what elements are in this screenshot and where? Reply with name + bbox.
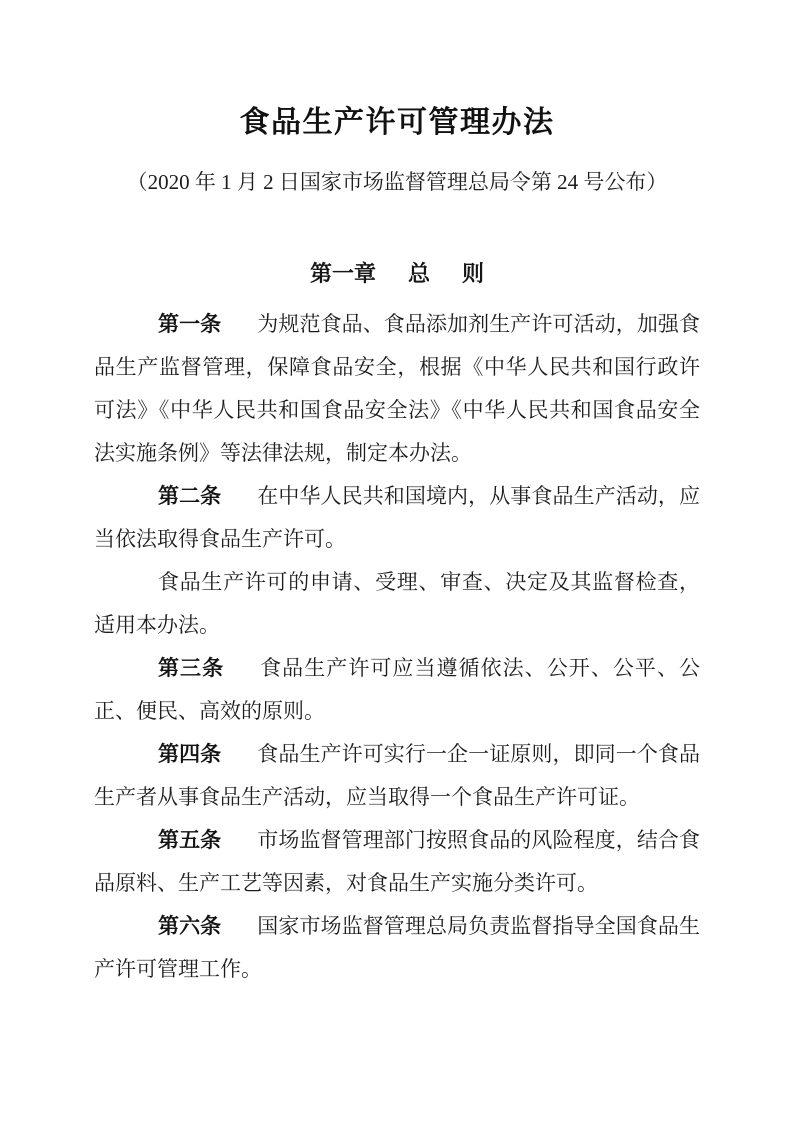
article-paragraph: 第二条在中华人民共和国境内，从事食品生产活动，应当依法取得食品生产许可。 xyxy=(94,475,700,561)
article-paragraph: 食品生产许可的申请、受理、审查、决定及其监督检查，适用本办法。 xyxy=(94,561,700,647)
article-paragraph: 第四条食品生产许可实行一企一证原则，即同一个食品生产者从事食品生产活动，应当取得… xyxy=(94,733,700,819)
document-subtitle: （2020 年 1 月 2 日国家市场监督管理总局令第 24 号公布） xyxy=(94,169,700,195)
article-number: 第五条 xyxy=(158,829,221,852)
article-paragraph: 第五条市场监督管理部门按照食品的风险程度，结合食品原料、生产工艺等因素，对食品生… xyxy=(94,819,700,905)
article-number: 第六条 xyxy=(158,915,221,938)
article-paragraph: 第一条为规范食品、食品添加剂生产许可活动，加强食品生产监督管理，保障食品安全，根… xyxy=(94,303,700,475)
document-page: 食品生产许可管理办法 （2020 年 1 月 2 日国家市场监督管理总局令第 2… xyxy=(0,0,793,1122)
document-title: 食品生产许可管理办法 xyxy=(94,108,700,138)
chapter-title-char-2: 则 xyxy=(462,262,484,286)
document-body: 第一条为规范食品、食品添加剂生产许可活动，加强食品生产监督管理，保障食品安全，根… xyxy=(94,303,700,991)
article-number: 第二条 xyxy=(158,485,221,508)
article-paragraph: 第三条食品生产许可应当遵循依法、公开、公平、公正、便民、高效的原则。 xyxy=(94,647,700,733)
article-paragraph: 第六条国家市场监督管理总局负责监督指导全国食品生产许可管理工作。 xyxy=(94,905,700,991)
article-number: 第四条 xyxy=(158,743,221,766)
article-text: 食品生产许可的申请、受理、审查、决定及其监督检查，适用本办法。 xyxy=(94,570,700,637)
article-number: 第一条 xyxy=(158,313,221,336)
chapter-number: 第一章 xyxy=(310,262,376,286)
chapter-heading: 第一章 总 则 xyxy=(94,262,700,286)
chapter-title-char-1: 总 xyxy=(408,262,430,286)
article-number: 第三条 xyxy=(158,657,224,680)
